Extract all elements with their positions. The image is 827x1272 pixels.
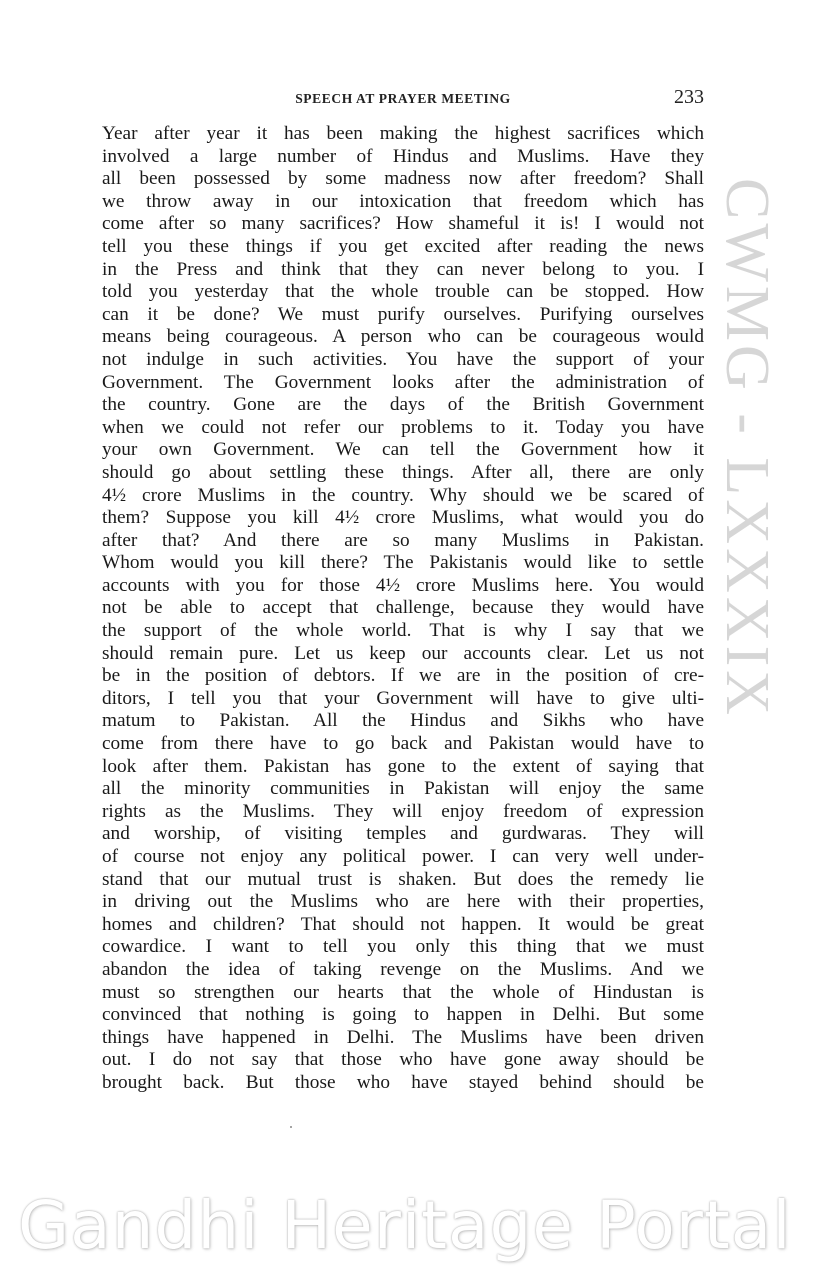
text-line: should go about settling these things. A… [102, 462, 704, 485]
text-line: all the minority communities in Pakistan… [102, 778, 704, 801]
text-line: all been possessed by some madness now a… [102, 168, 704, 191]
text-line: should remain pure. Let us keep our acco… [102, 643, 704, 666]
text-line: can it be done? We must purify ourselves… [102, 304, 704, 327]
watermark-vertical: CWMG - LXXXIX [722, 178, 772, 738]
scan-speck [388, 608, 390, 610]
text-line: the support of the whole world. That is … [102, 620, 704, 643]
text-line: homes and children? That should not happ… [102, 914, 704, 937]
text-line: the country. Gone are the days of the Br… [102, 394, 704, 417]
text-line: means being courageous. A person who can… [102, 326, 704, 349]
text-line: involved a large number of Hindus and Mu… [102, 146, 704, 169]
text-line: out. I do not say that those who have go… [102, 1049, 704, 1072]
text-line: come from there have to go back and Paki… [102, 733, 704, 756]
text-line: Year after year it has been making the h… [102, 123, 704, 146]
scan-speck [290, 1126, 292, 1128]
text-line: not indulge in such activities. You have… [102, 349, 704, 372]
text-line: in driving out the Muslims who are here … [102, 891, 704, 914]
text-line: tell you these things if you get excited… [102, 236, 704, 259]
text-line: we throw away in our intoxication that f… [102, 191, 704, 214]
text-line: abandon the idea of taking revenge on th… [102, 959, 704, 982]
running-title: SPEECH AT PRAYER MEETING [102, 91, 704, 107]
page-number: 233 [674, 86, 704, 109]
text-line: rights as the Muslims. They will enjoy f… [102, 801, 704, 824]
text-line: not be able to accept that challenge, be… [102, 597, 704, 620]
text-line: Whom would you kill there? The Pakistani… [102, 552, 704, 575]
body-text: Year after year it has been making the h… [102, 123, 704, 1095]
text-line: them? Suppose you kill 4½ crore Muslims,… [102, 507, 704, 530]
text-line: your own Government. We can tell the Gov… [102, 439, 704, 462]
text-line: brought back. But those who have stayed … [102, 1072, 704, 1095]
text-line: must so strengthen our hearts that the w… [102, 982, 704, 1005]
text-line: matum to Pakistan. All the Hindus and Si… [102, 710, 704, 733]
text-line: told you yesterday that the whole troubl… [102, 281, 704, 304]
text-line: of course not enjoy any political power.… [102, 846, 704, 869]
text-line: Government. The Government looks after t… [102, 372, 704, 395]
document-page: SPEECH AT PRAYER MEETING 233 Year after … [0, 0, 827, 1272]
text-line: 4½ crore Muslims in the country. Why sho… [102, 485, 704, 508]
text-line: come after so many sacrifices? How shame… [102, 213, 704, 236]
text-line: things have happened in Delhi. The Musli… [102, 1027, 704, 1050]
text-line: be in the position of debtors. If we are… [102, 665, 704, 688]
text-line: cowardice. I want to tell you only this … [102, 936, 704, 959]
text-line: ditors, I tell you that your Government … [102, 688, 704, 711]
text-line: when we could not refer our problems to … [102, 417, 704, 440]
text-line: look after them. Pakistan has gone to th… [102, 756, 704, 779]
text-line: convinced that nothing is going to happe… [102, 1004, 704, 1027]
text-line: in the Press and think that they can nev… [102, 259, 704, 282]
running-head: SPEECH AT PRAYER MEETING 233 [102, 86, 704, 110]
watermark-bottom: Gandhi Heritage Portal [18, 1186, 818, 1266]
text-line: stand that our mutual trust is shaken. B… [102, 869, 704, 892]
text-line: accounts with you for those 4½ crore Mus… [102, 575, 704, 598]
text-line: after that? And there are so many Muslim… [102, 530, 704, 553]
text-line: and worship, of visiting temples and gur… [102, 823, 704, 846]
